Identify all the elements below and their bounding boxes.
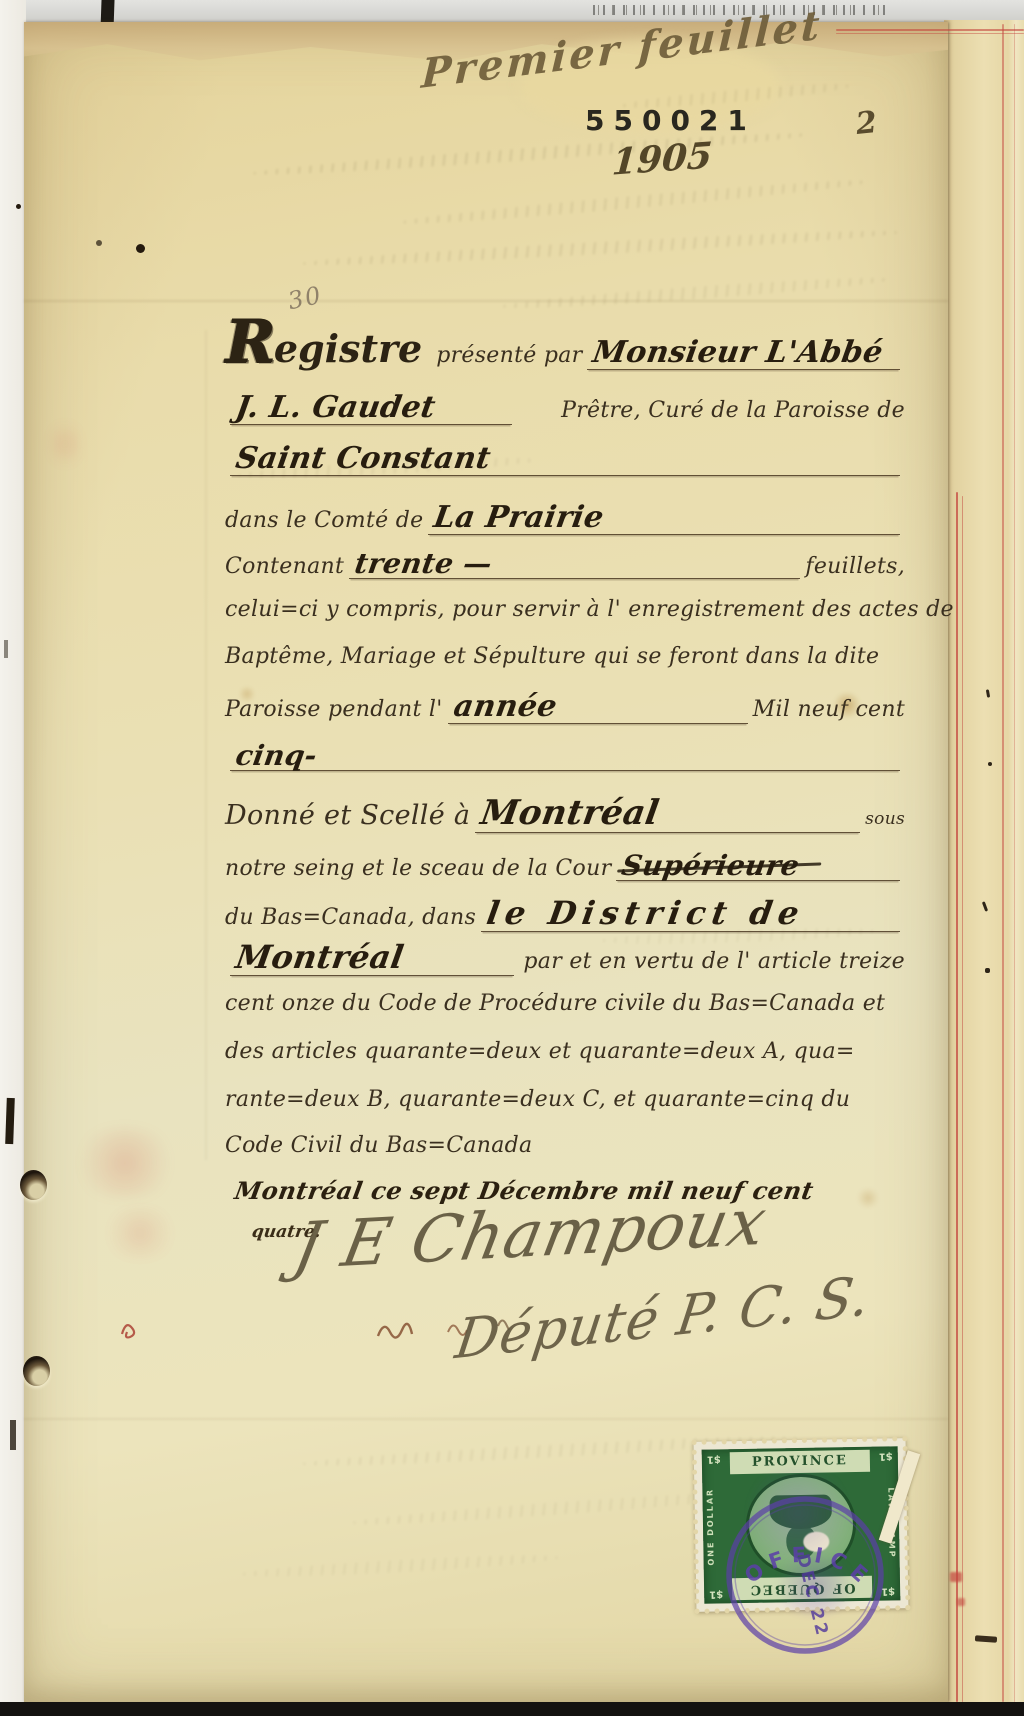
printed-text: feuillets, (805, 554, 905, 579)
printed-text: notre seing et le sceau de la Cour (225, 856, 611, 881)
handwritten-entry: cinq- (234, 741, 319, 770)
scanner-edge-bottom (0, 1702, 1024, 1716)
fill-in-line: trente — (349, 549, 800, 579)
form-line-3: Saint Constant (225, 443, 905, 476)
form-line-9: cinq- (225, 741, 905, 771)
torn-edge-dark (5, 1098, 15, 1144)
printed-text: cent onze du Code de Procédure civile du… (225, 991, 885, 1016)
form-line-7: Baptême, Mariage et Sépulture qui se fer… (225, 644, 905, 669)
form-line-6: celui=ci y compris, pour servir à l' enr… (225, 597, 905, 622)
form-line-14: cent onze du Code de Procédure civile du… (225, 991, 905, 1016)
torn-edge-dark (10, 1420, 16, 1450)
fill-in-line: Montréal (230, 941, 514, 976)
fill-in-line: le District de (481, 897, 900, 932)
fill-in-line: J. L. Gaudet (230, 392, 512, 425)
form-line-12: du Bas=Canada, dans le District de (225, 897, 905, 932)
form-line-8: Paroisse pendant l' année Mil neuf cent (225, 691, 905, 724)
handwritten-entry: J. L. Gaudet (234, 392, 438, 424)
form-line-15: des articles quarante=deux et quarante=d… (225, 1039, 905, 1064)
scanner-edge-left (0, 0, 26, 1716)
fill-in-line: Montréal (475, 796, 860, 833)
printed-text: Paroisse pendant l' (225, 697, 443, 722)
red-smudge (70, 1128, 180, 1198)
form-line-2: J. L. Gaudet Prêtre, Curé de la Paroisse… (225, 392, 905, 425)
handwritten-entry: Montréal (233, 941, 406, 975)
printed-text: Baptême, Mariage et Sépulture qui se fer… (225, 644, 879, 669)
handwritten-entry: Saint Constant (234, 443, 493, 475)
year-note: 1905 (611, 134, 714, 183)
handwritten-entry: trente — (353, 549, 494, 578)
scanned-register-document: Premier feuillet 550021 1905 2 30 Regist… (0, 0, 1024, 1716)
corner-page-number: 2 (854, 105, 878, 142)
handwritten-entry: année (451, 691, 559, 723)
form-line-5: Contenant trente — feuillets, (225, 549, 905, 579)
fill-in-line: Monsieur L'Abbé (587, 337, 900, 370)
red-rule-vertical-outer (1002, 24, 1004, 1702)
printed-text: rante=deux B, quarante=deux C, et quaran… (225, 1087, 850, 1112)
crease-line (24, 300, 948, 302)
ornate-initial: R (225, 307, 273, 377)
form-line-13: Montréal par et en vertu de l' article t… (225, 941, 905, 976)
printed-text: celui=ci y compris, pour servir à l' enr… (225, 597, 954, 622)
red-scribble (116, 1312, 156, 1342)
ink-spot (16, 204, 21, 209)
printed-text: Code Civil du Bas=Canada (225, 1133, 532, 1158)
punch-hole-lower (23, 1356, 50, 1386)
red-rule-vertical-inner-2 (962, 496, 963, 1702)
red-smudge (100, 1208, 180, 1258)
handwritten-entry: Supérieure (620, 851, 802, 880)
edge-ink-mark-2 (988, 762, 992, 766)
red-rule-horizontal-1 (836, 29, 1024, 31)
form-line-1: Registre présenté par Monsieur L'Abbé (225, 318, 905, 371)
red-rule-vertical-outer-2 (1014, 24, 1015, 1702)
scanner-edge-top (0, 0, 1024, 22)
printed-text: des articles quarante=deux et quarante=d… (225, 1039, 855, 1064)
crease-line (205, 330, 207, 1160)
fill-in-line: Supérieure (616, 851, 900, 881)
printed-text: Mil neuf cent (753, 697, 905, 722)
red-rule-vertical-inner-1 (956, 492, 958, 1702)
printed-text: Donné et Scellé à (225, 800, 470, 831)
form-line-10: Donné et Scellé à Montréal sous (225, 796, 905, 833)
torn-edge-dark (4, 640, 8, 658)
crease-line (24, 1418, 948, 1420)
form-line-16: rante=deux B, quarante=deux C, et quaran… (225, 1087, 905, 1112)
fill-in-line: année (448, 691, 748, 724)
printed-text: Prêtre, Curé de la Paroisse de (561, 398, 905, 423)
handwritten-entry: Montréal (478, 796, 661, 832)
handwritten-entry: le District de (484, 897, 807, 931)
ink-spot (96, 240, 102, 246)
edge-red-blob-2 (957, 1598, 965, 1606)
handwritten-entry: La Prairie (432, 502, 606, 534)
ink-spot (136, 244, 145, 253)
form-line-4: dans le Comté de La Prairie (225, 502, 905, 535)
punch-hole-upper (20, 1170, 47, 1200)
foxing-spot (856, 1188, 880, 1208)
printed-text: Contenant (225, 554, 344, 579)
red-smudge (50, 414, 80, 474)
printed-text: du Bas=Canada, dans (225, 905, 476, 930)
form-line-17: Code Civil du Bas=Canada (225, 1133, 905, 1158)
fill-in-line: La Prairie (428, 502, 900, 535)
form-line-11: notre seing et le sceau de la Cour Supér… (225, 851, 905, 881)
handwritten-entry: Monsieur L'Abbé (591, 337, 886, 369)
printed-text: par et en vertu de l' article treize (523, 949, 905, 974)
form-title: Registre (225, 318, 422, 371)
edge-ink-mark-4 (985, 968, 990, 973)
printed-text: présenté par (436, 343, 582, 368)
fill-in-line: Saint Constant (230, 443, 900, 476)
serial-number-stamp: 550021 (585, 104, 756, 137)
fill-in-line: cinq- (230, 741, 900, 771)
printed-text: dans le Comté de (225, 508, 423, 533)
printed-text: sous (865, 809, 905, 829)
